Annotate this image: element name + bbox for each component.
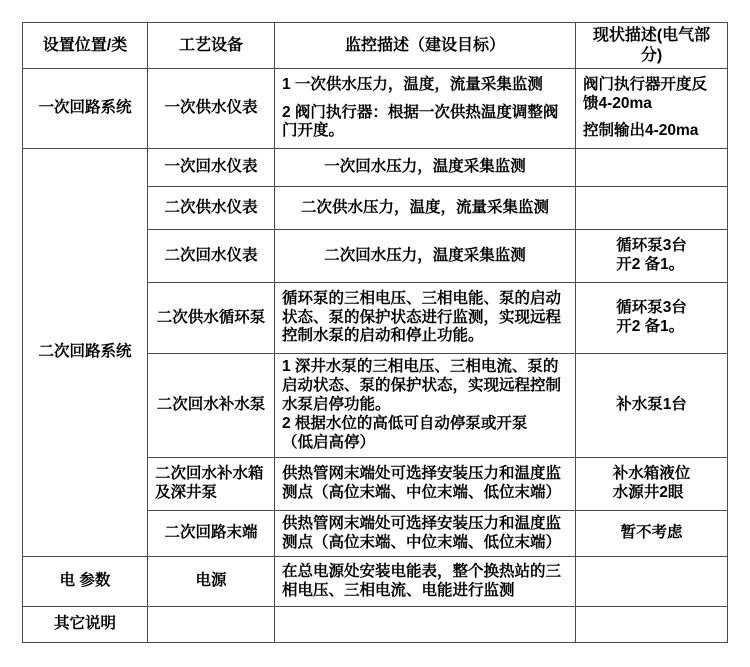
cell-monitor: 1 深井水泵的三相电压、三相电流、泵的启动状态、泵的保护状态，实现远程控制水泵启… <box>275 354 576 458</box>
cell-equipment: 电源 <box>148 557 275 607</box>
cell-equipment: 二次回水补水泵 <box>148 354 275 458</box>
cell-status: 阀门执行器开度反馈4-20ma 控制输出4-20ma <box>576 69 728 149</box>
paragraph: 2 阀门执行器：根据一次供热温度调整阀门开度。 <box>282 104 568 142</box>
cell-location: 其它说明 <box>23 607 148 643</box>
paragraph: 1 一次供水压力，温度，流量采集监测 <box>282 76 568 95</box>
document-page: 设置位置/类 工艺设备 监控描述（建设目标） 现状描述(电气部分) 一次回路系统… <box>0 0 750 667</box>
cell-equipment: 二次供水循环泵 <box>148 283 275 354</box>
cell-location: 二次回路系统 <box>23 149 148 557</box>
table-row: 电 参数 电源 在总电源处安装电能表，整个换热站的三相电压、三相电流、电能进行监… <box>23 557 728 607</box>
cell-equipment: 一次回水仪表 <box>148 149 275 187</box>
header-status: 现状描述(电气部分) <box>576 23 728 69</box>
cell-status: 补水箱液位 水源井2眼 <box>576 458 728 511</box>
paragraph: 循环泵3台 开2 备1。 <box>616 299 687 337</box>
cell-status <box>576 607 728 643</box>
cell-monitor: 一次回水压力，温度采集监测 <box>275 149 576 187</box>
cell-status <box>576 187 728 230</box>
monitoring-table: 设置位置/类 工艺设备 监控描述（建设目标） 现状描述(电气部分) 一次回路系统… <box>22 22 728 643</box>
cell-monitor <box>275 607 576 643</box>
cell-equipment: 二次回水补水箱 及深井泵 <box>148 458 275 511</box>
cell-equipment: 二次供水仪表 <box>148 187 275 230</box>
cell-status: 循环泵3台 开2 备1。 <box>576 230 728 283</box>
cell-monitor: 循环泵的三相电压、三相电能、泵的启动状态、泵的保护状态进行监测，实现远程控制水泵… <box>275 283 576 354</box>
cell-status: 补水泵1台 <box>576 354 728 458</box>
header-row: 设置位置/类 工艺设备 监控描述（建设目标） 现状描述(电气部分) <box>23 23 728 69</box>
cell-monitor: 二次回水压力，温度采集监测 <box>275 230 576 283</box>
header-equipment: 工艺设备 <box>148 23 275 69</box>
paragraph: 循环泵3台 开2 备1。 <box>616 237 687 275</box>
paragraph: 控制输出4-20ma <box>583 122 720 141</box>
cell-monitor: 在总电源处安装电能表，整个换热站的三相电压、三相电流、电能进行监测 <box>275 557 576 607</box>
cell-status <box>576 557 728 607</box>
cell-monitor: 二次供水压力，温度，流量采集监测 <box>275 187 576 230</box>
cell-location: 一次回路系统 <box>23 69 148 149</box>
cell-equipment: 一次供水仪表 <box>148 69 275 149</box>
paragraph: 补水箱液位 水源井2眼 <box>613 465 691 503</box>
table-row: 一次回路系统 一次供水仪表 1 一次供水压力，温度，流量采集监测 2 阀门执行器… <box>23 69 728 149</box>
cell-location: 电 参数 <box>23 557 148 607</box>
cell-monitor: 供热管网末端处可选择安装压力和温度监测点（高位末端、中位末端、低位末端） <box>275 458 576 511</box>
cell-monitor: 供热管网末端处可选择安装压力和温度监测点（高位末端、中位末端、低位末端） <box>275 511 576 557</box>
header-monitor: 监控描述（建设目标） <box>275 23 576 69</box>
cell-status: 循环泵3台 开2 备1。 <box>576 283 728 354</box>
table-row: 二次回路系统 一次回水仪表 一次回水压力，温度采集监测 <box>23 149 728 187</box>
paragraph: 1 深井水泵的三相电压、三相电流、泵的启动状态、泵的保护状态，实现远程控制水泵启… <box>282 358 568 415</box>
paragraph: 阀门执行器开度反馈4-20ma <box>583 76 720 114</box>
table-row: 其它说明 <box>23 607 728 643</box>
cell-status <box>576 149 728 187</box>
paragraph: 2 根据水位的高低可自动停泵或开泵 （低启高停） <box>282 415 568 453</box>
cell-equipment: 二次回水仪表 <box>148 230 275 283</box>
cell-equipment: 二次回路末端 <box>148 511 275 557</box>
table-container: 设置位置/类 工艺设备 监控描述（建设目标） 现状描述(电气部分) 一次回路系统… <box>22 22 728 643</box>
header-location: 设置位置/类 <box>23 23 148 69</box>
cell-monitor: 1 一次供水压力，温度，流量采集监测 2 阀门执行器：根据一次供热温度调整阀门开… <box>275 69 576 149</box>
cell-status: 暂不考虑 <box>576 511 728 557</box>
cell-equipment <box>148 607 275 643</box>
